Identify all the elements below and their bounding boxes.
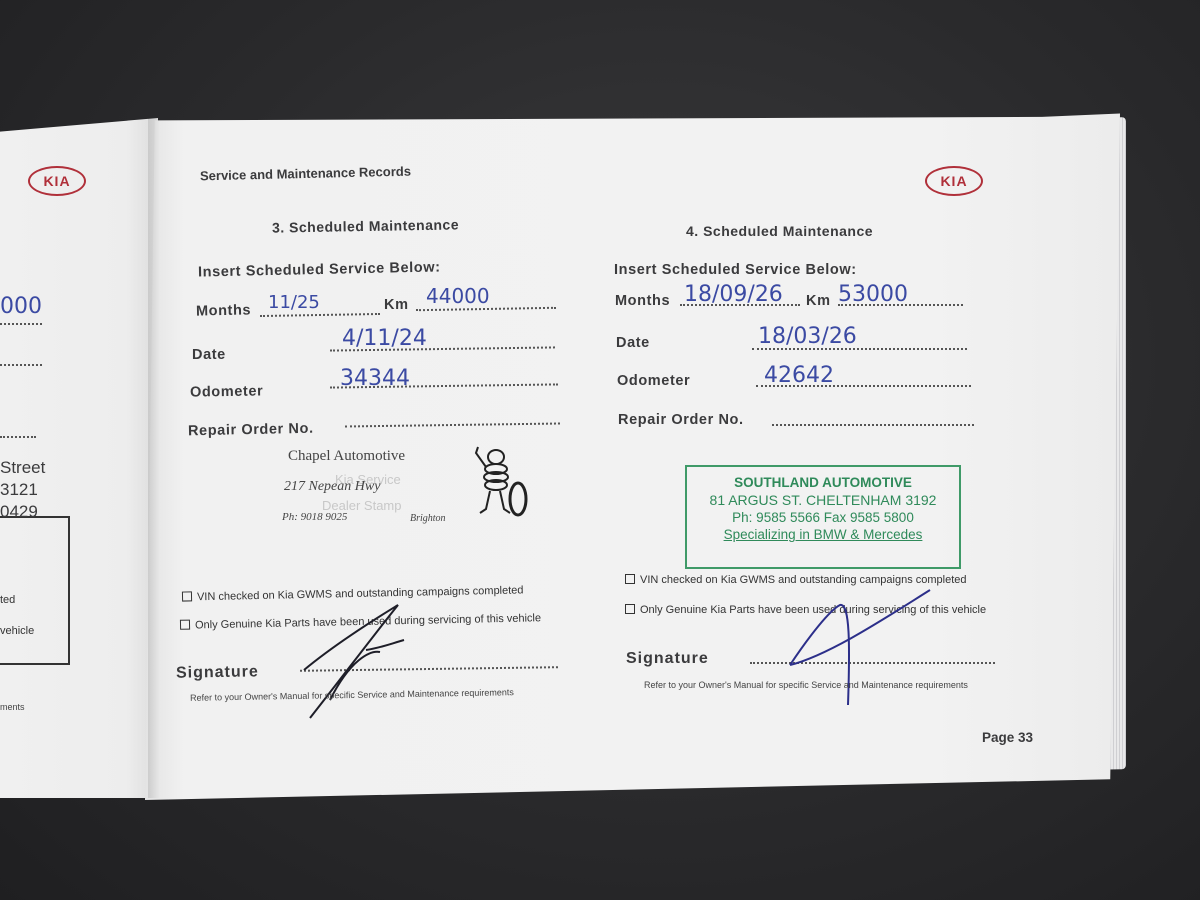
dotted-line bbox=[0, 436, 36, 438]
left-check-fragment: vehicle bbox=[0, 625, 34, 637]
odometer-label: Odometer bbox=[617, 373, 690, 389]
signature-label: Signature bbox=[626, 650, 709, 668]
months-value: 11/25 bbox=[268, 292, 320, 313]
km-value: 44000 bbox=[426, 284, 490, 308]
kia-logo-icon: KIA bbox=[925, 166, 983, 196]
checkbox[interactable] bbox=[180, 620, 190, 630]
date-label: Date bbox=[616, 335, 650, 351]
checkbox[interactable] bbox=[182, 591, 192, 601]
repair-order-field[interactable] bbox=[772, 424, 974, 426]
left-page: KIA 000 Street 3121 0429 ted vehicle men… bbox=[0, 118, 158, 798]
entry-title: 3. Scheduled Maintenance bbox=[272, 216, 459, 235]
left-box-line: Street bbox=[0, 458, 45, 478]
kia-logo-icon: KIA bbox=[28, 166, 86, 196]
km-label: Km bbox=[806, 293, 831, 309]
left-check-fragment: ted bbox=[0, 594, 15, 606]
months-value: 18/09/26 bbox=[684, 282, 783, 307]
entry-title: 4. Scheduled Maintenance bbox=[686, 223, 873, 239]
date-label: Date bbox=[192, 347, 226, 363]
odometer-label: Odometer bbox=[190, 383, 264, 400]
page-number: Page 33 bbox=[982, 730, 1033, 745]
repair-order-label: Repair Order No. bbox=[618, 412, 744, 428]
michelin-man-icon bbox=[468, 443, 532, 521]
km-value: 53000 bbox=[838, 282, 908, 307]
stamp-address: 217 Nepean Hwy bbox=[284, 479, 380, 495]
dotted-line bbox=[0, 364, 42, 366]
signature-scribble-icon bbox=[780, 585, 940, 715]
stamp-address: 81 ARGUS ST. CHELTENHAM 3192 bbox=[687, 492, 959, 508]
odometer-value: 34344 bbox=[340, 366, 410, 391]
stamp-tagline: Specializing in BMW & Mercedes bbox=[687, 527, 959, 542]
left-box-line: 3121 bbox=[0, 480, 38, 500]
km-label: Km bbox=[384, 297, 409, 313]
left-note-fragment: ments bbox=[0, 702, 25, 712]
checkbox[interactable] bbox=[625, 604, 635, 614]
months-label: Months bbox=[196, 302, 251, 319]
months-label: Months bbox=[615, 293, 670, 309]
service-logbook: KIA 000 Street 3121 0429 ted vehicle men… bbox=[0, 0, 1200, 900]
date-value: 4/11/24 bbox=[342, 326, 427, 351]
signature-label: Signature bbox=[176, 663, 259, 682]
book-gutter bbox=[148, 118, 160, 798]
stamp-suburb: Brighton bbox=[410, 513, 446, 524]
left-dealer-box bbox=[0, 516, 70, 665]
left-km-fragment: 000 bbox=[0, 294, 42, 319]
stamp-phone: Ph: 9585 5566 Fax 9585 5800 bbox=[687, 510, 959, 525]
stamp-dealer-name: Chapel Automotive bbox=[288, 448, 405, 465]
dealer-stamp: SOUTHLAND AUTOMOTIVE 81 ARGUS ST. CHELTE… bbox=[685, 465, 961, 569]
service-note: Refer to your Owner's Manual for specifi… bbox=[644, 680, 968, 690]
left-box-line: 0429 bbox=[0, 502, 38, 522]
odometer-value: 42642 bbox=[764, 363, 834, 388]
signature-scribble-icon bbox=[300, 600, 420, 725]
dotted-line bbox=[0, 323, 42, 325]
repair-order-label: Repair Order No. bbox=[188, 421, 314, 440]
insert-label: Insert Scheduled Service Below: bbox=[614, 262, 857, 278]
checkbox[interactable] bbox=[625, 574, 635, 584]
date-value: 18/03/26 bbox=[758, 324, 857, 349]
stamp-phone: Ph: 9018 9025 bbox=[282, 511, 347, 523]
stamp-dealer-name: SOUTHLAND AUTOMOTIVE bbox=[687, 475, 959, 490]
